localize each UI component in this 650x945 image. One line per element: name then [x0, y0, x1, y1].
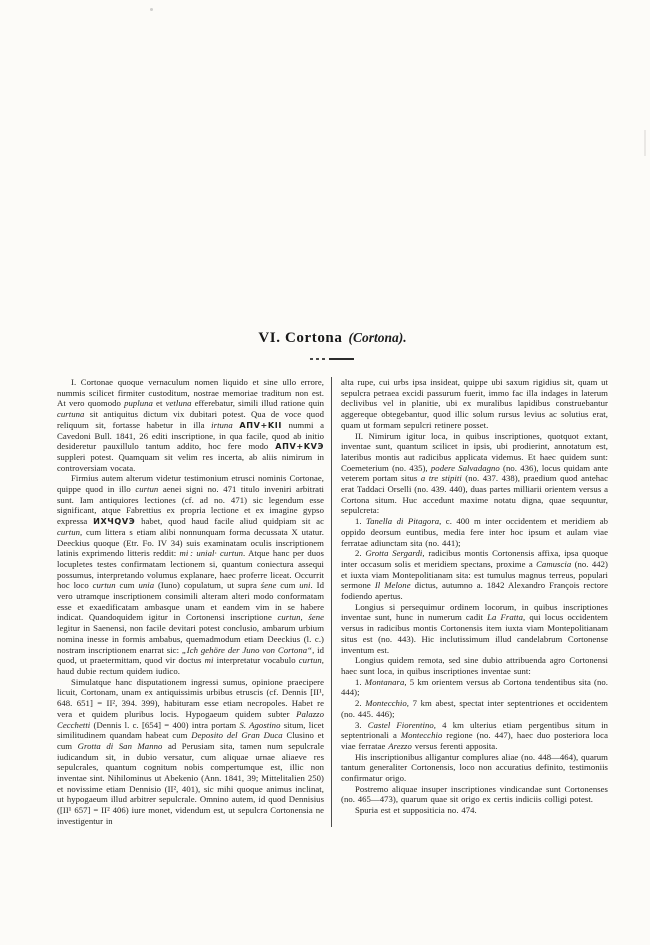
book-page: VI. Cortona(Cortona). I. Cortonae quoque…	[0, 0, 650, 945]
text-run: 2.	[355, 698, 365, 708]
text-run: 1.	[355, 677, 365, 687]
text-run: cum	[116, 580, 139, 590]
text-block: I. Cortonae quoque vernaculum nomen liqu…	[57, 377, 608, 827]
left-column: I. Cortonae quoque vernaculum nomen liqu…	[57, 377, 331, 827]
text-run: Spuria est et suppositicia no. 474.	[355, 805, 477, 815]
text-run: 3.	[355, 720, 368, 730]
italic-text-run: pupluna	[124, 398, 153, 408]
paragraph: 1. Montanara, 5 km orientem versus ab Co…	[341, 677, 608, 698]
italic-text-run: podere Salvadagno	[431, 463, 500, 473]
italic-text-run: śene	[308, 612, 324, 622]
text-run: Simulatque hanc disputationem ingressi s…	[57, 677, 324, 719]
section-title: VI. Cortona	[258, 330, 342, 346]
paragraph: alta rupe, cui urbs ipsa insideat, quipp…	[341, 377, 608, 431]
paragraph: II. Nimirum igitur loca, in quibus inscr…	[341, 431, 608, 517]
paragraph: Simulatque hanc disputationem ingressi s…	[57, 677, 324, 827]
italic-text-run: Montanara	[365, 677, 405, 687]
paragraph: Spuria est et suppositicia no. 474.	[341, 805, 608, 816]
paragraph: 1. Tanella di Pitagora, c. 400 m inter o…	[341, 516, 608, 548]
paragraph: I. Cortonae quoque vernaculum nomen liqu…	[57, 377, 324, 473]
italic-text-run: a tre stipiti	[421, 473, 462, 483]
italic-text-run: irtuna	[211, 420, 233, 430]
italic-text-run: Montecchio	[365, 698, 407, 708]
italic-text-run: S. Agostino	[239, 720, 280, 730]
paragraph: His inscriptionibus alligantur complures…	[341, 752, 608, 784]
italic-text-run: curtun	[220, 548, 243, 558]
italic-text-run: curtun	[93, 580, 116, 590]
italic-text-run: curtun	[299, 655, 322, 665]
paragraph: 3. Castel Fiorentino, 4 km ulterius etia…	[341, 720, 608, 752]
italic-text-run: Tanella di Pitagora	[366, 516, 439, 526]
text-run: et	[153, 398, 166, 408]
italic-text-run: vetluna	[166, 398, 192, 408]
italic-text-run: curtuna	[57, 409, 84, 419]
italic-text-run: La Fratta	[487, 612, 523, 622]
decorative-rule	[310, 358, 354, 360]
etruscan-inscription: ΑΠV+ΚΙΙ	[239, 420, 282, 430]
etruscan-inscription: ИΧЧQVЭ	[93, 516, 135, 526]
italic-text-run: „Ich gehöre der Juno von Cortona“	[182, 645, 312, 655]
italic-text-run: Castel Fiorentino	[368, 720, 434, 730]
text-run: alta rupe, cui urbs ipsa insideat, quipp…	[341, 377, 608, 430]
text-run: Longius quidem remota, sed sine dubio at…	[341, 655, 608, 676]
text-run: versus ferenti apposita.	[412, 741, 498, 751]
italic-text-run: curtun	[57, 527, 80, 537]
italic-text-run: Il Melone	[375, 580, 411, 590]
italic-text-run: Grotta di San Manno	[78, 741, 163, 751]
text-run: interpretatur vocabulo	[213, 655, 298, 665]
italic-text-run: curtun	[278, 612, 301, 622]
text-run: suppleri potest. Quamquam sit velim res …	[57, 452, 324, 473]
text-run: (Dennis l. c. [654] = 400) intra portam	[90, 720, 239, 730]
text-run: His inscriptionibus alligantur complures…	[341, 752, 608, 783]
italic-text-run: Arezzo	[388, 741, 412, 751]
paragraph: Postremo aliquae insuper inscriptiones v…	[341, 784, 608, 805]
text-run: 1.	[355, 516, 366, 526]
italic-text-run: Montecchio	[401, 730, 443, 740]
right-column: alta rupe, cui urbs ipsa insideat, quipp…	[332, 377, 608, 827]
section-title-alt: (Cortona).	[348, 330, 406, 345]
paragraph: Longius quidem remota, sed sine dubio at…	[341, 655, 608, 676]
paragraph: 2. Montecchio, 7 km abest, spectat inter…	[341, 698, 608, 719]
text-run: efferebatur, simili illud ratione quin	[192, 398, 325, 408]
paragraph: Longius si persequimur ordinem locorum, …	[341, 602, 608, 656]
italic-text-run: del Gran Duca	[227, 730, 283, 740]
italic-text-run: uni	[299, 580, 310, 590]
text-run: cum	[276, 580, 299, 590]
scan-artifact	[150, 8, 153, 11]
section-heading: VI. Cortona(Cortona).	[57, 329, 608, 347]
text-run: habet, quod haud facile aliud quidpiam s…	[135, 516, 324, 526]
italic-text-run: Grotta Sergardi	[365, 548, 422, 558]
italic-text-run: mi : unial·	[180, 548, 217, 558]
paragraph: 2. Grotta Sergardi, radicibus montis Cor…	[341, 548, 608, 602]
italic-text-run: unia	[138, 580, 154, 590]
scan-artifact	[644, 130, 646, 156]
text-run: Postremo aliquae insuper inscriptiones v…	[341, 784, 608, 805]
italic-text-run: Deposito	[191, 730, 223, 740]
text-run: (Iuno) copulatum, ut supra	[154, 580, 261, 590]
italic-text-run: Camuscia	[536, 559, 571, 569]
etruscan-inscription: ΑΠV+ΚVЭ	[275, 441, 324, 451]
paragraph: Firmius autem alterum videtur testimoniu…	[57, 473, 324, 676]
italic-text-run: curtun	[135, 484, 158, 494]
text-run: ad Perusiam sita, tamen num sepulcrale i…	[57, 741, 324, 826]
italic-text-run: śene	[261, 580, 277, 590]
text-run: 2.	[355, 548, 365, 558]
